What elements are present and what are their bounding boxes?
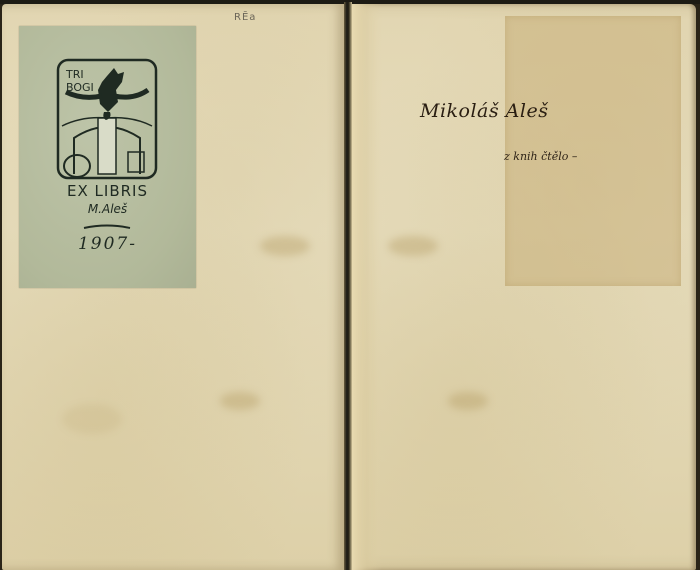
swash-ornament-icon	[82, 223, 132, 231]
bookplate-year: 1907-	[19, 234, 196, 254]
paper-stain	[260, 236, 310, 256]
left-page: RĒa TRI BOGI EX LIBRIS M.Aleš 190	[2, 4, 344, 570]
book-gutter	[344, 2, 352, 570]
paper-stain	[448, 392, 488, 410]
bookplate-owner: M.Aleš	[19, 202, 196, 216]
svg-text:TRI: TRI	[65, 68, 84, 81]
handwritten-note: z knih čtělo –	[504, 150, 577, 163]
right-page: Mikoláš Aleš z knih čtělo –	[352, 4, 696, 570]
paper-stain	[220, 392, 260, 410]
page-fold	[352, 4, 382, 570]
paper-stain	[388, 236, 438, 256]
pencil-shelf-mark: RĒa	[234, 12, 256, 23]
svg-text:BOGI: BOGI	[66, 81, 94, 94]
handwritten-signature: Mikoláš Aleš	[420, 100, 548, 122]
paper-stain	[62, 404, 122, 434]
ex-libris-bookplate: TRI BOGI EX LIBRIS M.Aleš 1907-	[19, 26, 196, 288]
ex-libris-heading: EX LIBRIS	[19, 182, 196, 200]
open-book: RĒa TRI BOGI EX LIBRIS M.Aleš 190	[0, 0, 700, 570]
devil-illustration-icon: TRI BOGI	[52, 56, 162, 184]
